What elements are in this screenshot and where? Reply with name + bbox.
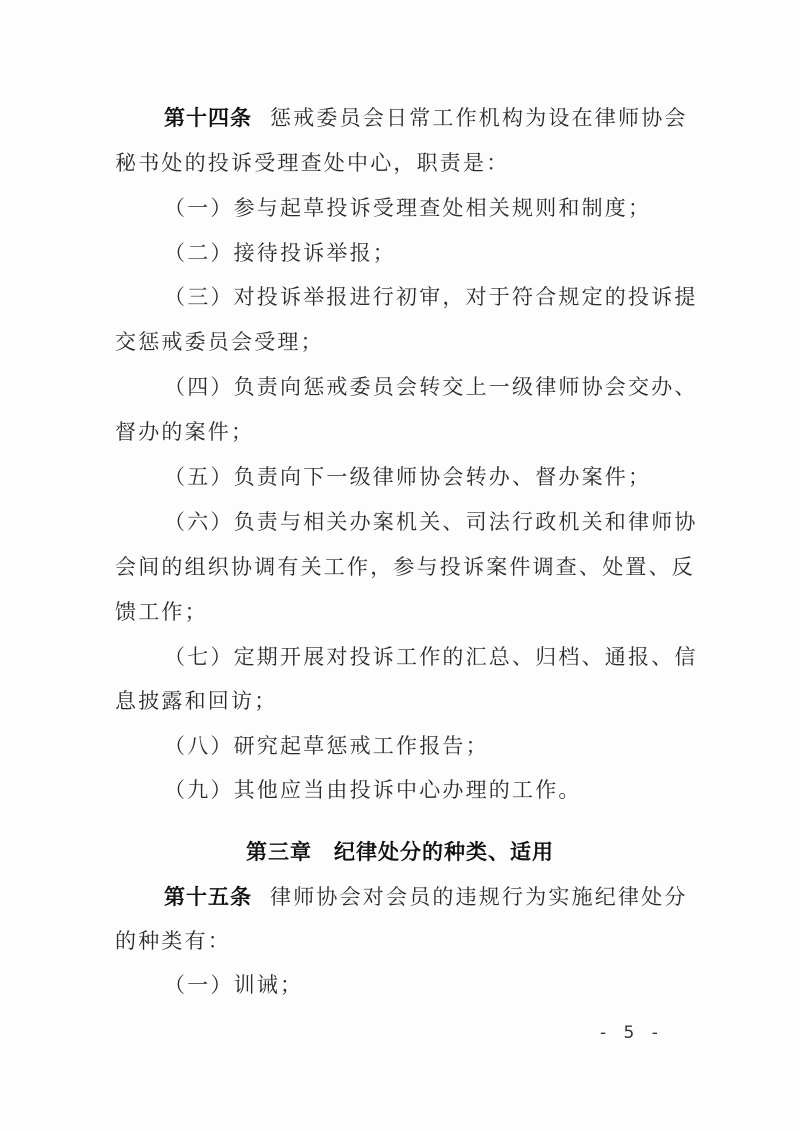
document-page: 第十四条惩戒委员会日常工作机构为设在律师协会 秘书处的投诉受理查处中心，职责是：… [0, 0, 800, 1131]
article-15-intro-1: 律师协会对会员的违规行为实施纪律处分 [270, 885, 688, 909]
article-14-intro-1: 惩戒委员会日常工作机构为设在律师协会 [270, 106, 688, 130]
article-14-item-7: （七）定期开展对投诉工作的汇总、归档、通报、信 [164, 642, 734, 672]
article-14-item-4: （四）负责向惩戒委员会转交上一级律师协会交办、 [164, 372, 734, 402]
article-15-label: 第十五条 [164, 885, 252, 909]
article-14-intro-2: 秘书处的投诉受理查处中心，职责是： [115, 148, 685, 178]
page-number: - 5 - [600, 1023, 664, 1043]
article-14-item-4-cont: 督办的案件； [115, 417, 685, 447]
article-14-item-3: （三）对投诉举报进行初审，对于符合规定的投诉提 [164, 282, 734, 312]
article-14-item-2: （二）接待投诉举报； [164, 238, 734, 268]
article-14-line-1: 第十四条惩戒委员会日常工作机构为设在律师协会 [164, 103, 734, 133]
article-14-item-6: （六）负责与相关办案机关、司法行政机关和律师协 [164, 507, 734, 537]
article-15-intro-2: 的种类有： [115, 926, 685, 956]
chapter-3-heading: 第三章 纪律处分的种类、适用 [0, 837, 800, 867]
article-14-item-1: （一）参与起草投诉受理查处相关规则和制度； [164, 193, 734, 223]
article-15-line-1: 第十五条律师协会对会员的违规行为实施纪律处分 [164, 882, 734, 912]
article-15-item-1: （一）训诫； [164, 970, 734, 1000]
article-14-item-5: （五）负责向下一级律师协会转办、督办案件； [164, 462, 734, 492]
article-14-item-6-cont-1: 会间的组织协调有关工作，参与投诉案件调查、处置、反 [115, 552, 685, 582]
article-14-item-6-cont-2: 馈工作； [115, 597, 685, 627]
article-14-item-8: （八）研究起草惩戒工作报告； [164, 731, 734, 761]
article-14-item-9: （九）其他应当由投诉中心办理的工作。 [164, 775, 734, 805]
article-14-item-3-cont: 交惩戒委员会受理； [115, 327, 685, 357]
article-14-item-7-cont: 息披露和回访； [115, 686, 685, 716]
article-14-label: 第十四条 [164, 106, 252, 130]
